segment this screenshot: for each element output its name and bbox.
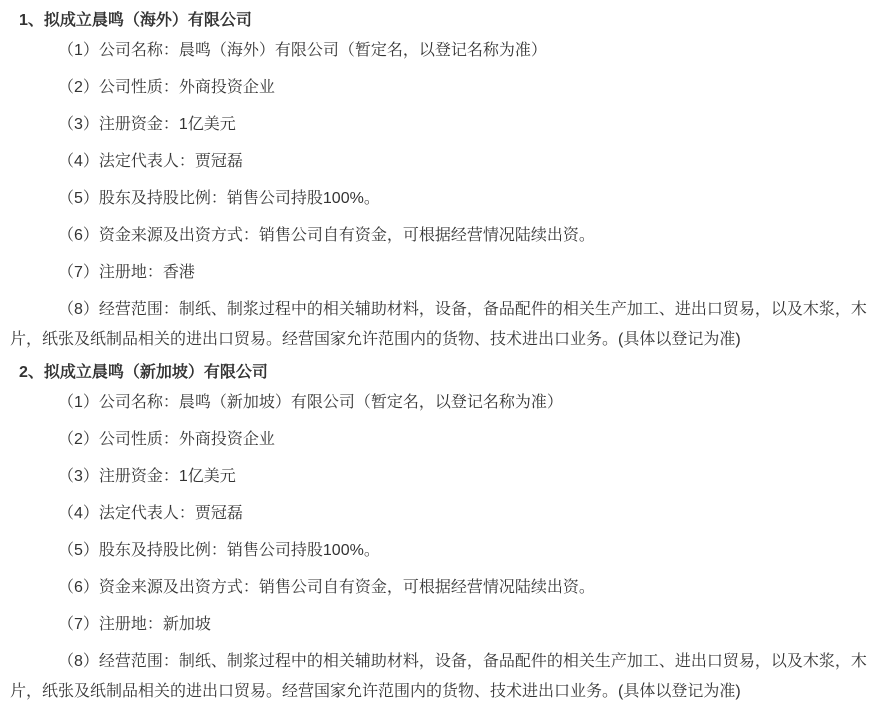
list-item-funding-source: （6）资金来源及出资方式：销售公司自有资金，可根据经营情况陆续出资。 — [10, 221, 876, 251]
section-heading: 1、拟成立晨鸣（海外）有限公司 — [10, 10, 876, 32]
list-item-company-name: （1）公司名称：晨鸣（新加坡）有限公司（暂定名，以登记名称为准） — [10, 388, 876, 418]
list-item-registered-location: （7）注册地：香港 — [10, 258, 876, 288]
list-item-company-name: （1）公司名称：晨鸣（海外）有限公司（暂定名，以登记名称为准） — [10, 36, 876, 66]
list-item-business-scope: （8）经营范围：制纸、制浆过程中的相关辅助材料，设备，备品配件的相关生产加工、进… — [10, 295, 876, 355]
document-body: 1、拟成立晨鸣（海外）有限公司 （1）公司名称：晨鸣（海外）有限公司（暂定名，以… — [0, 0, 888, 715]
list-item-legal-representative: （4）法定代表人：贾冠磊 — [10, 499, 876, 529]
list-item-registered-capital: （3）注册资金：1亿美元 — [10, 462, 876, 492]
list-item-shareholding: （5）股东及持股比例：销售公司持股100%。 — [10, 184, 876, 214]
list-item-registered-capital: （3）注册资金：1亿美元 — [10, 110, 876, 140]
list-item-shareholding: （5）股东及持股比例：销售公司持股100%。 — [10, 536, 876, 566]
list-item-funding-source: （6）资金来源及出资方式：销售公司自有资金，可根据经营情况陆续出资。 — [10, 573, 876, 603]
section-company-overseas: 1、拟成立晨鸣（海外）有限公司 （1）公司名称：晨鸣（海外）有限公司（暂定名，以… — [10, 10, 876, 355]
list-item-company-type: （2）公司性质：外商投资企业 — [10, 73, 876, 103]
section-heading: 2、拟成立晨鸣（新加坡）有限公司 — [10, 362, 876, 384]
list-item-legal-representative: （4）法定代表人：贾冠磊 — [10, 147, 876, 177]
list-item-business-scope: （8）经营范围：制纸、制浆过程中的相关辅助材料，设备，备品配件的相关生产加工、进… — [10, 647, 876, 707]
list-item-company-type: （2）公司性质：外商投资企业 — [10, 425, 876, 455]
list-item-registered-location: （7）注册地：新加坡 — [10, 610, 876, 640]
section-company-singapore: 2、拟成立晨鸣（新加坡）有限公司 （1）公司名称：晨鸣（新加坡）有限公司（暂定名… — [10, 362, 876, 707]
